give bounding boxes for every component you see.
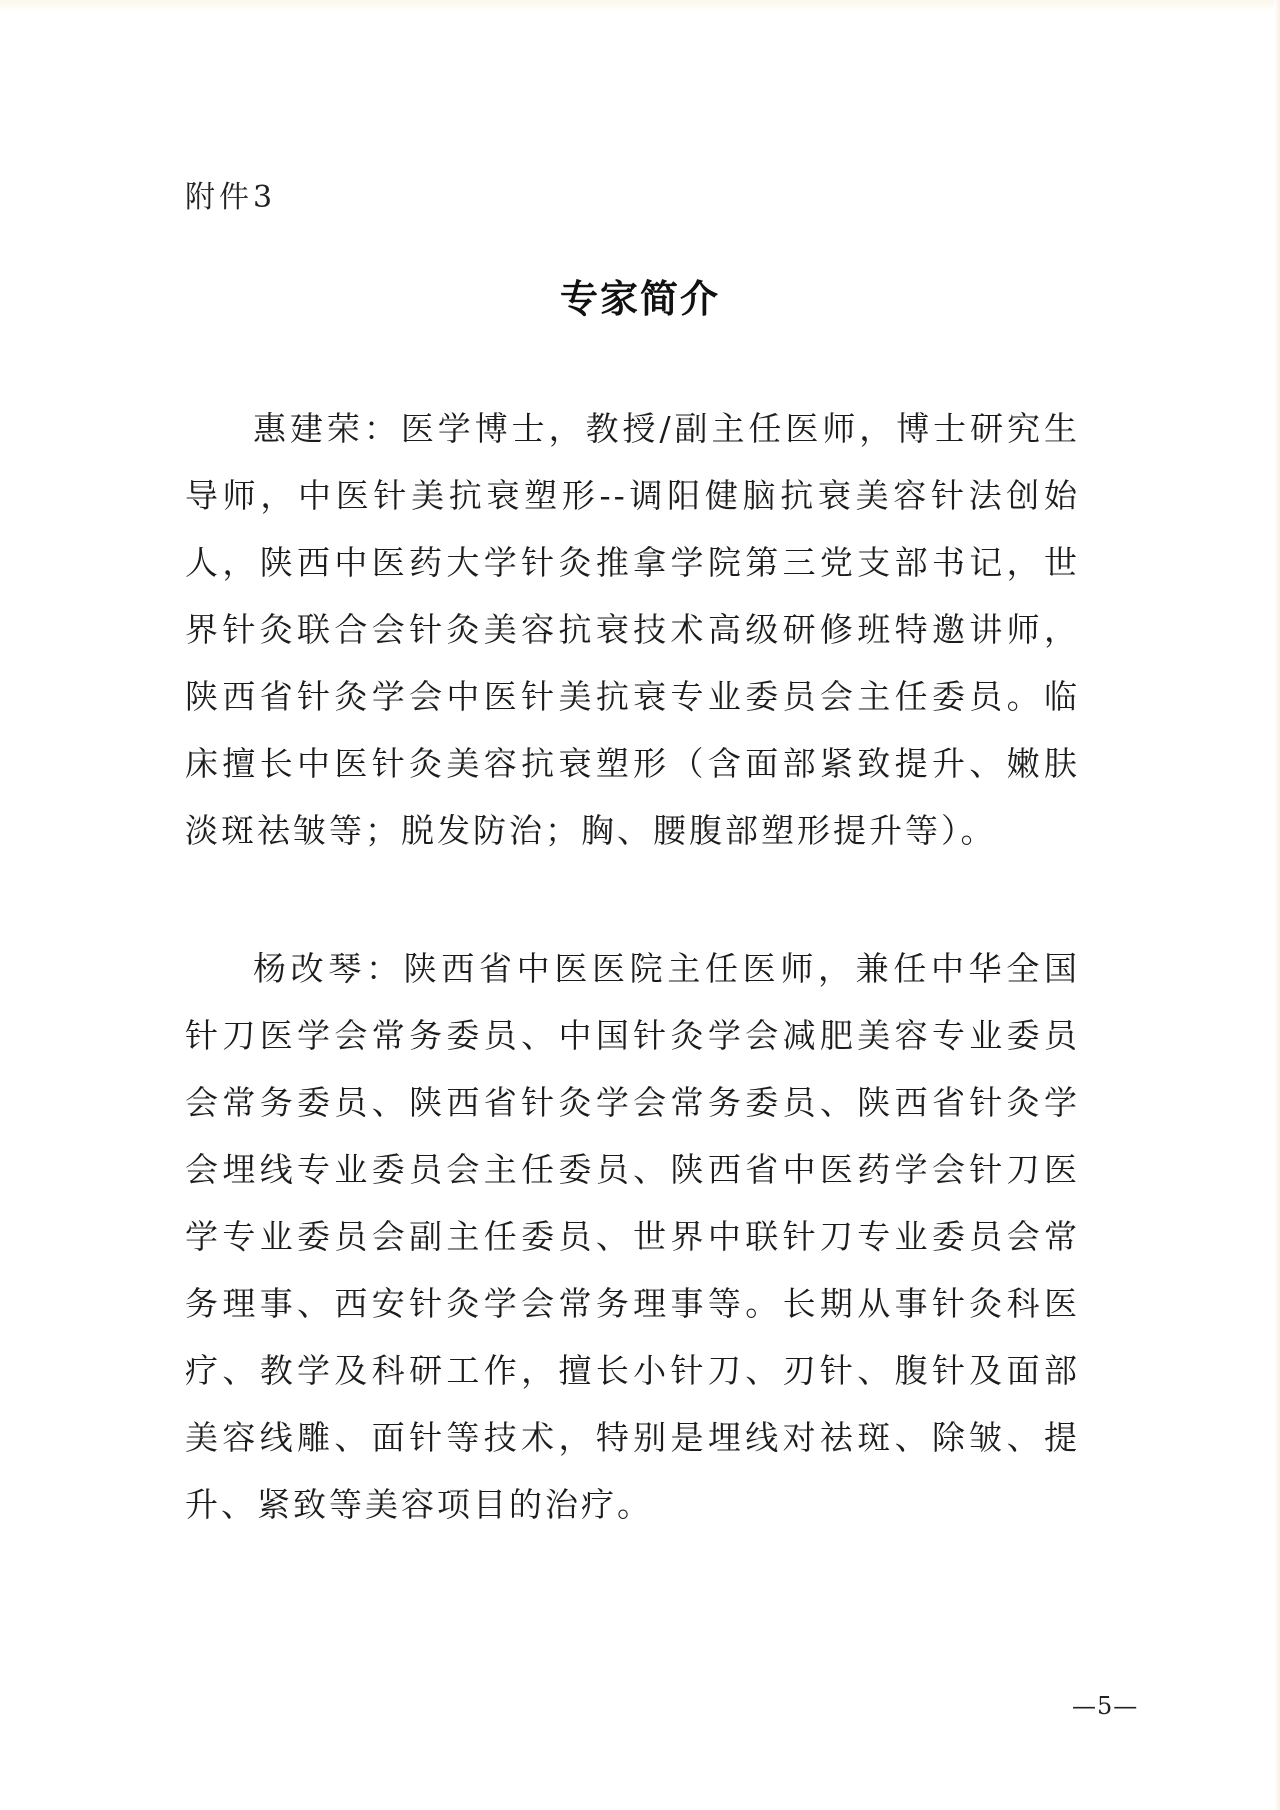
document-page: 附件3 专家简介 惠建荣：医学博士，教授/副主任医师，博士研究生导师，中医针美抗… (0, 0, 1280, 1810)
name-separator: ： (364, 409, 401, 448)
expert-name: 杨改琴 (253, 949, 366, 988)
expert-bio: 杨改琴：陕西省中医医院主任医师，兼任中华全国针刀医学会常务委员、中国针灸学会减肥… (185, 935, 1080, 1538)
expert-bio-text: 医学博士，教授/副主任医师，博士研究生导师，中医针美抗衰塑形--调阳健脑抗衰美容… (185, 409, 1080, 850)
expert-bio-text: 陕西省中医医院主任医师，兼任中华全国针刀医学会常务委员、中国针灸学会减肥美容专业… (185, 949, 1080, 1524)
expert-bio: 惠建荣：医学博士，教授/副主任医师，博士研究生导师，中医针美抗衰塑形--调阳健脑… (185, 395, 1080, 864)
scan-edge-top (0, 0, 1280, 12)
page-number: —5— (1072, 1692, 1138, 1720)
document-title: 专家简介 (0, 268, 1280, 323)
attachment-label: 附件3 (185, 172, 276, 216)
name-separator: ： (366, 949, 404, 988)
expert-name: 惠建荣 (253, 409, 364, 448)
